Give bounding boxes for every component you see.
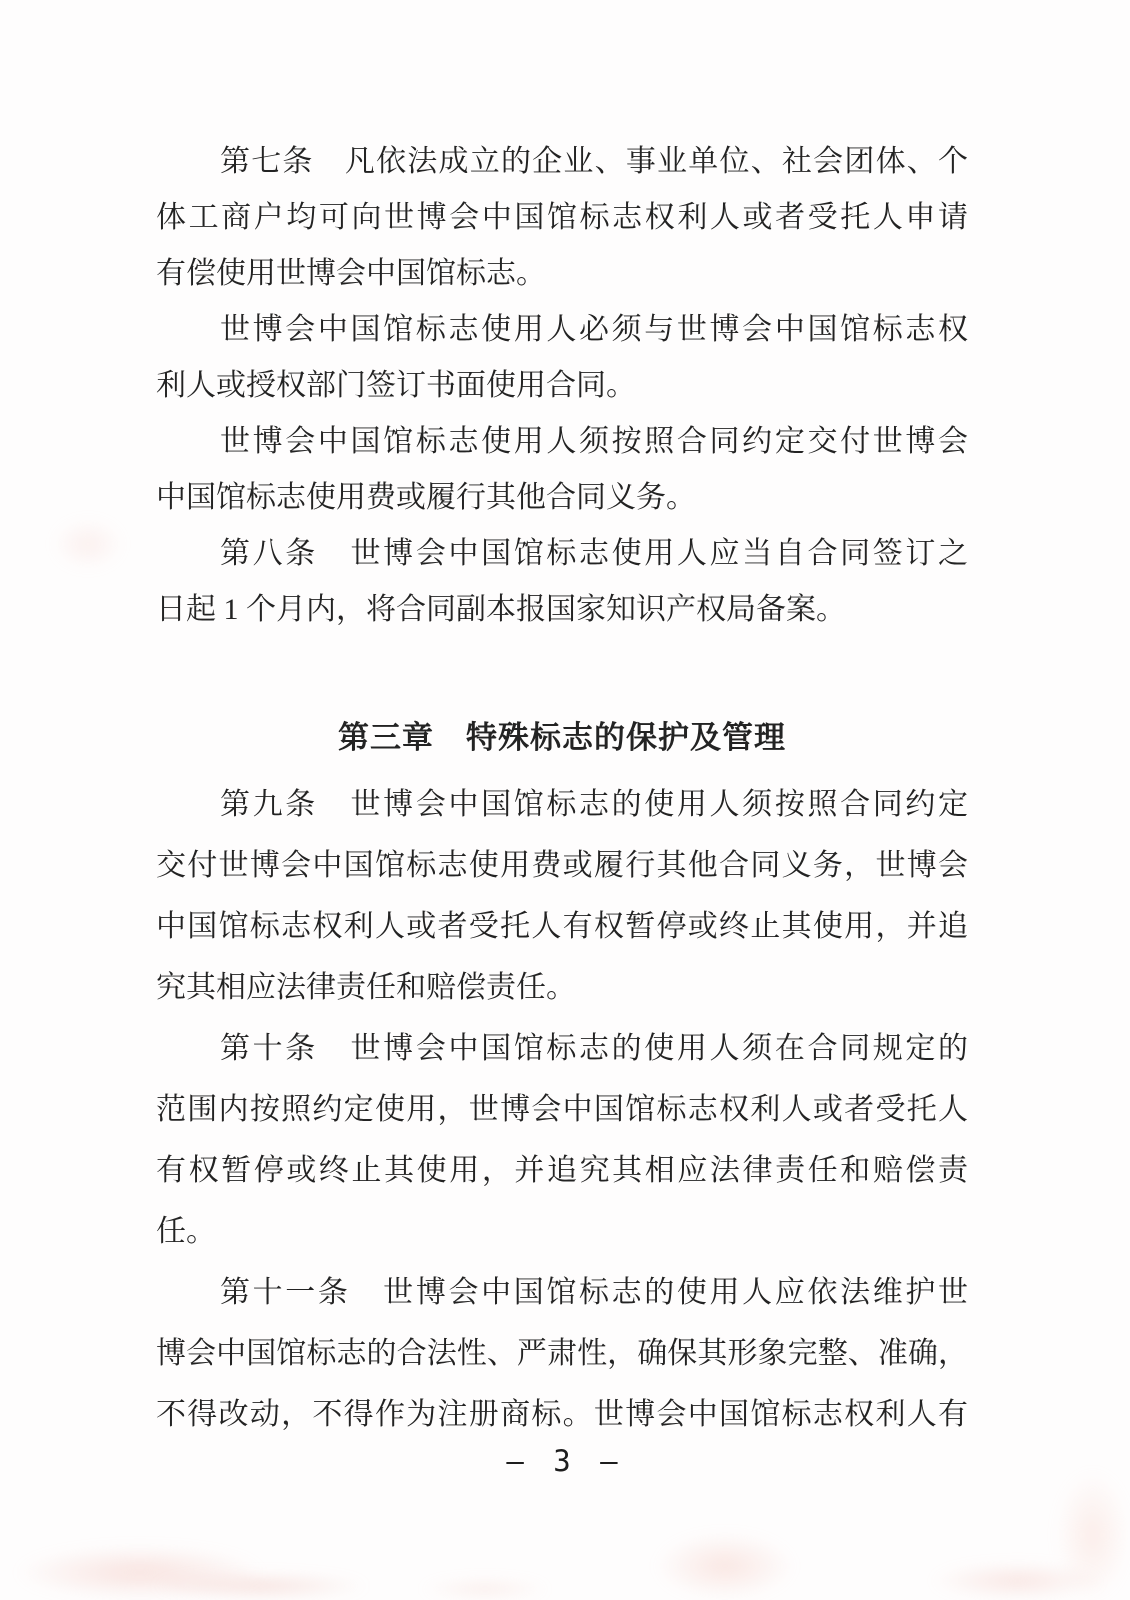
scan-smudge — [655, 1532, 795, 1600]
paragraph-article-7-contract: 世博会中国馆标志使用人必须与世博会中国馆标志权 利人或授权部门签订书面使用合同。 — [156, 302, 968, 414]
text-line: 有偿使用世博会中国馆标志。 — [156, 246, 968, 302]
text-line: 博会中国馆标志的合法性、严肃性，确保其形象完整、准确， — [156, 1323, 968, 1384]
text-line: 第七条 凡依法成立的企业、事业单位、社会团体、个 — [156, 134, 968, 190]
text-line: 体工商户均可向世博会中国馆标志权利人或者受托人申请 — [156, 190, 968, 246]
text-line: 不得改动，不得作为注册商标。世博会中国馆标志权利人有 — [156, 1384, 968, 1445]
scan-smudge — [15, 1545, 265, 1600]
scan-smudge — [930, 1562, 1105, 1600]
text-line: 第八条 世博会中国馆标志使用人应当自合同签订之 — [156, 526, 968, 582]
text-line: 世博会中国馆标志使用人必须与世博会中国馆标志权 — [156, 302, 968, 358]
text-line: 日起 1 个月内，将合同副本报国家知识产权局备案。 — [156, 582, 968, 638]
paragraph-article-11: 第十一条 世博会中国馆标志的使用人应依法维护世 博会中国馆标志的合法性、严肃性，… — [156, 1262, 968, 1445]
text-line: 第十一条 世博会中国馆标志的使用人应依法维护世 — [156, 1262, 968, 1323]
text-line: 究其相应法律责任和赔偿责任。 — [156, 957, 968, 1018]
page-number: – 3 – — [0, 1444, 1130, 1478]
text-line: 有权暂停或终止其使用，并追究其相应法律责任和赔偿责 — [156, 1140, 968, 1201]
paragraph-article-10: 第十条 世博会中国馆标志的使用人须在合同规定的 范围内按照约定使用，世博会中国馆… — [156, 1018, 968, 1262]
body-text-section-1: 第七条 凡依法成立的企业、事业单位、社会团体、个 体工商户均可向世博会中国馆标志… — [156, 134, 968, 638]
document-page: 第七条 凡依法成立的企业、事业单位、社会团体、个 体工商户均可向世博会中国馆标志… — [0, 0, 1130, 1600]
text-line: 世博会中国馆标志使用人须按照合同约定交付世博会 — [156, 414, 968, 470]
scan-smudge — [420, 1578, 550, 1600]
scan-smudge — [150, 1572, 370, 1600]
text-line: 范围内按照约定使用，世博会中国馆标志权利人或者受托人 — [156, 1079, 968, 1140]
chapter-3-heading: 第三章 特殊标志的保护及管理 — [156, 716, 968, 760]
text-line: 第九条 世博会中国馆标志的使用人须按照合同约定 — [156, 774, 968, 835]
paragraph-article-7-fee: 世博会中国馆标志使用人须按照合同约定交付世博会 中国馆标志使用费或履行其他合同义… — [156, 414, 968, 526]
paragraph-article-9: 第九条 世博会中国馆标志的使用人须按照合同约定 交付世博会中国馆标志使用费或履行… — [156, 774, 968, 1018]
text-line: 中国馆标志权利人或者受托人有权暂停或终止其使用，并追 — [156, 896, 968, 957]
text-line: 第十条 世博会中国馆标志的使用人须在合同规定的 — [156, 1018, 968, 1079]
scan-smudge — [1055, 1470, 1130, 1600]
text-line: 中国馆标志使用费或履行其他合同义务。 — [156, 470, 968, 526]
paragraph-article-7: 第七条 凡依法成立的企业、事业单位、社会团体、个 体工商户均可向世博会中国馆标志… — [156, 134, 968, 302]
body-text-section-2: 第九条 世博会中国馆标志的使用人须按照合同约定 交付世博会中国馆标志使用费或履行… — [156, 774, 968, 1445]
text-line: 任。 — [156, 1201, 968, 1262]
text-line: 利人或授权部门签订书面使用合同。 — [156, 358, 968, 414]
scan-smudge — [52, 518, 124, 570]
paragraph-article-8: 第八条 世博会中国馆标志使用人应当自合同签订之 日起 1 个月内，将合同副本报国… — [156, 526, 968, 638]
text-line: 交付世博会中国馆标志使用费或履行其他合同义务，世博会 — [156, 835, 968, 896]
